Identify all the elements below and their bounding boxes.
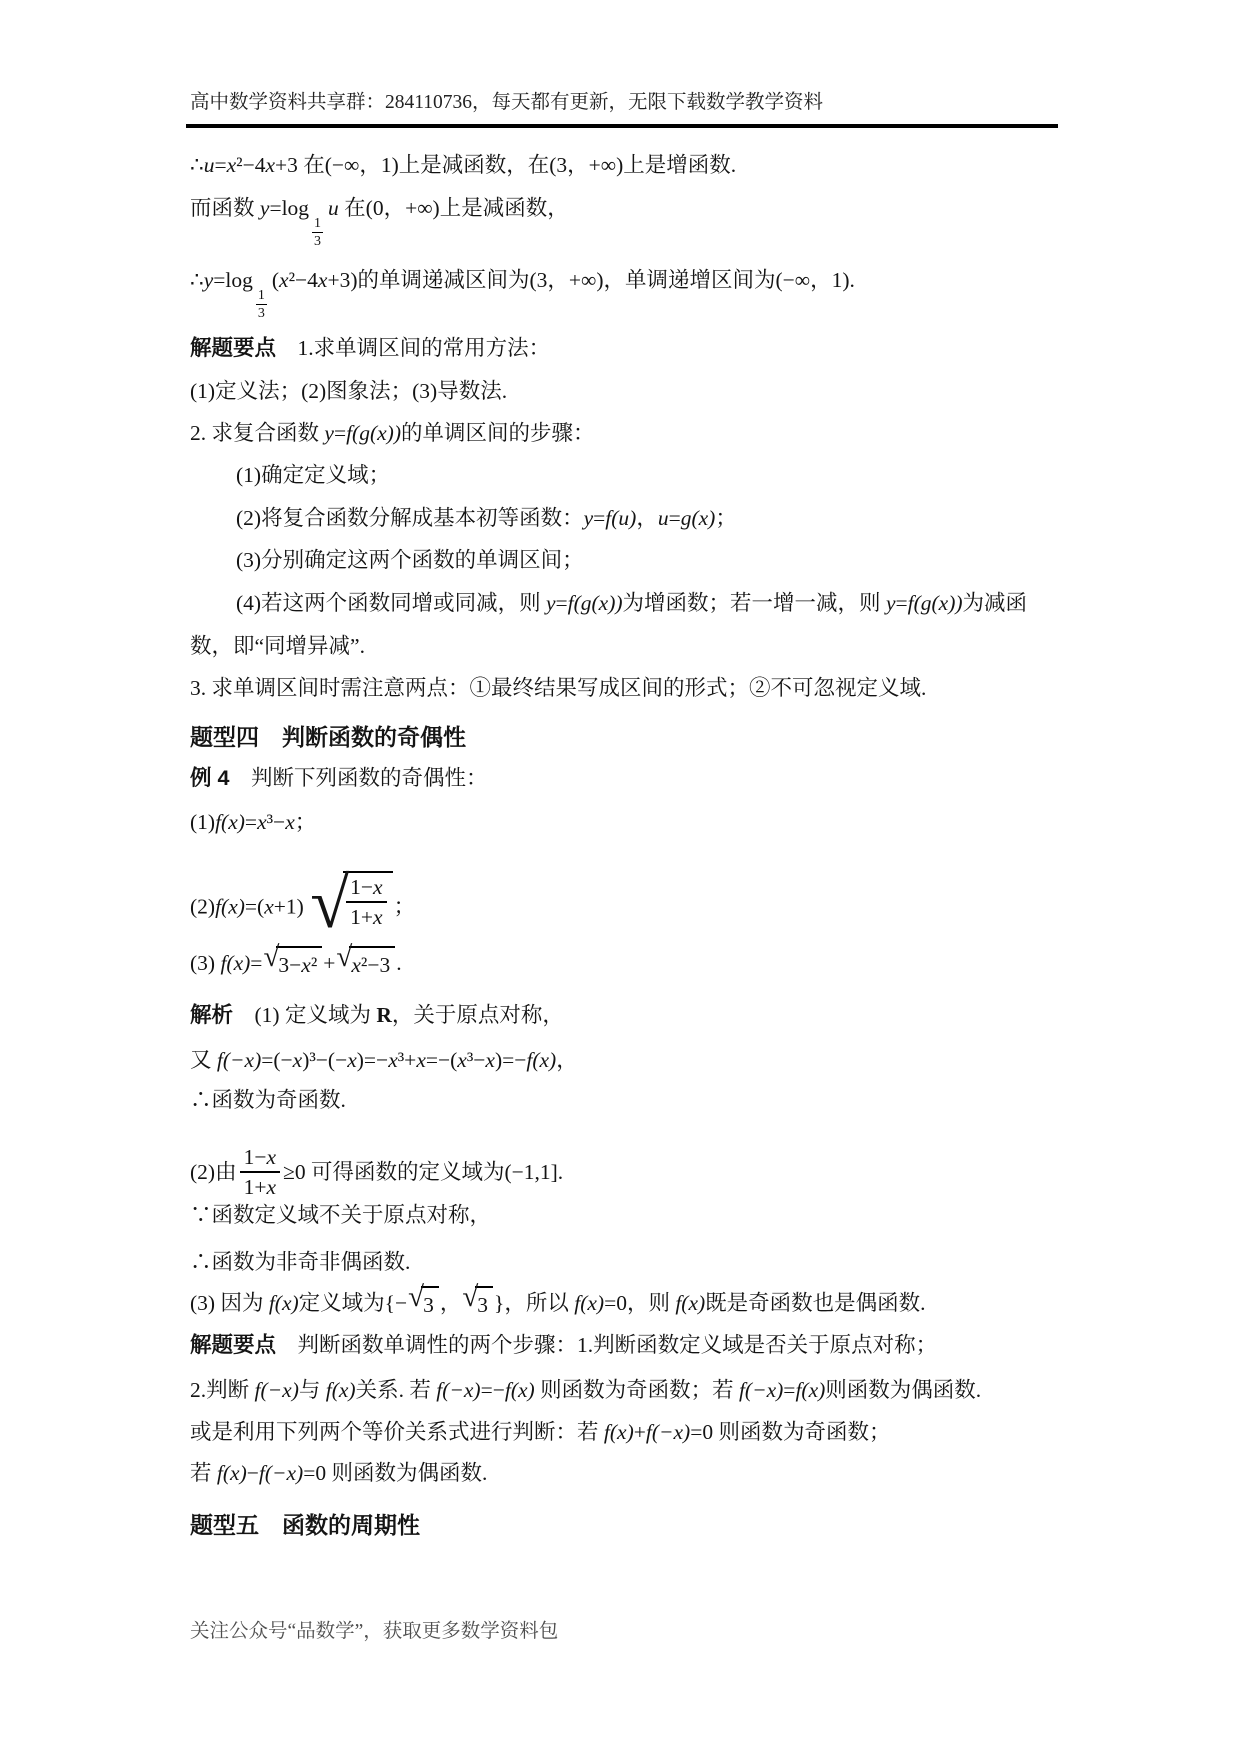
text-run: = (334, 421, 346, 445)
text-run: 3. 求单调区间时需注意两点：①最终结果写成区间的形式；②不可忽视定义域. (190, 676, 926, 700)
text-run: 数，即“同增异减”. (190, 634, 365, 658)
text-run: f(x) (795, 1378, 825, 1402)
text-run: f(x) (215, 810, 245, 834)
text-run: = (556, 591, 568, 615)
text-run: ， (556, 1048, 578, 1072)
text-run: =log (213, 268, 253, 292)
text-run: =(− (261, 1048, 292, 1072)
text-run: 2.判断 (190, 1378, 255, 1402)
note-two-points: 3. 求单调区间时需注意两点：①最终结果写成区间的形式；②不可忽视定义域. (190, 673, 926, 703)
text-run: f(−x) (259, 1461, 303, 1485)
analysis-neither-conclusion: ∴函数为非奇非偶函数. (190, 1247, 410, 1277)
text-run: 又 (190, 1048, 217, 1072)
text-run: R (376, 1003, 392, 1027)
text-run: =0 则函数为偶函数. (303, 1461, 487, 1485)
text-run: ≥0 可得函数的定义域为(−1,1]. (283, 1160, 563, 1184)
text-run: = (593, 506, 605, 530)
log-base-fraction: 13 (256, 288, 267, 322)
text-run: ( (272, 268, 279, 292)
text-run: x (373, 905, 383, 929)
text-run: = (895, 591, 907, 615)
text-run: +3)的单调递减区间为(3，+∞)，单调递增区间为(−∞，1). (327, 268, 854, 292)
text-run: u (328, 196, 339, 220)
substep-1: (1)确定定义域； (236, 460, 390, 490)
text-run: (1)定义法；(2)图象法；(3)导数法. (190, 379, 507, 403)
text-run: =log (269, 196, 309, 220)
text-run: = (245, 810, 257, 834)
text-run: x (318, 268, 328, 292)
text-run: ∴ (190, 268, 204, 292)
text-run: ²−4 (236, 153, 265, 177)
radical-sign: √ (310, 869, 349, 940)
text-run: 或是利用下列两个等价关系式进行判断：若 (190, 1420, 604, 1444)
text-run: 定义域为{− (299, 1291, 407, 1315)
text-run: f(g(x)) (568, 591, 623, 615)
text-run: )=− (495, 1048, 526, 1072)
text-run: = (669, 506, 681, 530)
text-run: 例 4 (190, 766, 229, 790)
text-run: ∵函数定义域不关于原点对称， (190, 1203, 491, 1227)
text-run: x (347, 1048, 357, 1072)
radical-sign: √ (263, 943, 279, 972)
text-run: 而函数 (190, 196, 260, 220)
substep-2: (2)将复合函数分解成基本初等函数：y=f(u)，u=g(x)； (236, 503, 737, 533)
radical: √3−x² (263, 946, 322, 980)
text-run: (3) 因为 (190, 1291, 269, 1315)
text-run: +3 在(−∞，1)上是减函数，在(3，+∞)上是增函数. (275, 153, 736, 177)
text-run: (1) (190, 810, 215, 834)
text-run: (4)若这两个函数同增或同减，则 (236, 591, 546, 615)
text-run: f(−x) (436, 1378, 480, 1402)
fraction-denominator: 1+x (240, 1173, 280, 1199)
text-run: 1− (350, 875, 373, 899)
text-run: 1+ (244, 1175, 267, 1199)
text-run: 3 (423, 1293, 434, 1317)
text-run: =−( (426, 1048, 457, 1072)
text-run: 1.求单调区间的常用方法： (276, 336, 550, 360)
text-run: ； (715, 506, 737, 530)
text-run: − (247, 1461, 259, 1485)
methods-line: (1)定义法；(2)图象法；(3)导数法. (190, 376, 507, 406)
text-run: 解析 (190, 1003, 233, 1027)
text-run: f(x) (526, 1048, 556, 1072)
section-heading-5: 题型五 函数的周期性 (190, 1509, 420, 1542)
text-run: =0 则函数为奇函数； (690, 1420, 890, 1444)
example-4-item-2: (2)f(x)=(x+1) √1−x1+x； (190, 873, 415, 944)
text-run: 在(0，+∞)上是减函数， (339, 196, 569, 220)
text-run: x (257, 810, 267, 834)
text-run: (3) (190, 951, 220, 975)
text-run: 判断下列函数的奇偶性： (229, 766, 487, 790)
fraction-denominator: 1+x (346, 903, 386, 929)
text-run: x (279, 268, 289, 292)
radicand: 3−x² (276, 946, 322, 980)
log-base-fraction: 13 (312, 216, 323, 250)
text-run: f(x) (217, 1461, 247, 1485)
text-run: (2) (190, 894, 215, 918)
text-run: 3 (477, 1293, 488, 1317)
substep-4-continuation: 数，即“同增异减”. (190, 631, 365, 661)
text-run: 题型五 函数的周期性 (190, 1512, 420, 1538)
text-run: ³− (267, 810, 286, 834)
text-run: ²−3 (361, 953, 390, 977)
text-run: x (264, 894, 274, 918)
text-run: f(−x) (255, 1378, 299, 1402)
analysis-part-2-domain: (2)由1−x1+x≥0 可得函数的定义域为(−1,1]. (190, 1147, 563, 1201)
text-run: x (227, 153, 237, 177)
analysis-odd-conclusion: ∴函数为奇函数. (190, 1085, 346, 1115)
text-run: f(x) (574, 1291, 604, 1315)
text-run: +1) (274, 894, 309, 918)
text-run: =− (481, 1378, 505, 1402)
text-run: x (301, 953, 311, 977)
fraction-numerator: 1 (312, 216, 323, 233)
fraction-denominator: 3 (312, 233, 323, 249)
text-run: . (396, 951, 401, 975)
text-run: ∴ (190, 153, 204, 177)
text-run: 既是奇函数也是偶函数. (705, 1291, 925, 1315)
text-run: x (266, 1175, 276, 1199)
text-run: }，所以 (494, 1291, 574, 1315)
text-run: f(x) (269, 1291, 299, 1315)
radical-sign: √ (336, 943, 352, 972)
text-run: = (250, 951, 262, 975)
document-page: 高中数学资料共享群：284110736，每天都有更新，无限下载数学教学资料 ∴u… (0, 0, 1241, 1754)
text-run: =( (245, 894, 264, 918)
text-run: 为增函数；若一增一减，则 (623, 591, 886, 615)
text-run: u (204, 153, 215, 177)
text-run: ， (636, 506, 658, 530)
text-run: = (783, 1378, 795, 1402)
text-run: (2)由 (190, 1160, 237, 1184)
text-run: =0，则 (604, 1291, 675, 1315)
text-run: ； (394, 894, 416, 918)
text-run: f(x) (215, 894, 245, 918)
text-run: 解题要点 (190, 336, 276, 360)
text-run: 1− (244, 1145, 267, 1169)
example-4-item-1: (1)f(x)=x³−x； (190, 807, 316, 837)
radical: √3 (462, 1286, 493, 1320)
text-run: f(−x) (646, 1420, 690, 1444)
text-run: 3− (278, 953, 301, 977)
text-run: 2. 求复合函数 (190, 421, 324, 445)
analysis-line-1: 解析 (1) 定义域为 R，关于原点对称， (190, 1000, 564, 1030)
example-4-item-3: (3) f(x)=√3−x²+√x²−3. (190, 948, 402, 982)
fraction-numerator: 1−x (346, 875, 386, 903)
monotonic-conclusion-line: ∴y=log13(x²−4x+3)的单调递减区间为(3，+∞)，单调递增区间为(… (190, 265, 855, 321)
text-run: 为减函 (963, 591, 1028, 615)
text-run: ， (440, 1291, 462, 1315)
radicand: 1−x1+x (343, 871, 392, 932)
text-run: ，关于原点对称， (392, 1003, 564, 1027)
analysis-part-3: (3) 因为 f(x)定义域为{−√3，√3}，所以 f(x)=0，则 f(x)… (190, 1288, 926, 1322)
text-run: g(x) (681, 506, 716, 530)
text-run: f(x) (326, 1378, 356, 1402)
text-run: x (285, 810, 295, 834)
text-run: x (388, 1048, 398, 1072)
text-run: 解题要点 (190, 1333, 276, 1357)
header-rule (186, 124, 1058, 128)
text-run: x (416, 1048, 426, 1072)
text-run: 若 (190, 1461, 217, 1485)
text-run: ³− (467, 1048, 486, 1072)
text-run: 题型四 判断函数的奇偶性 (190, 724, 466, 750)
text-run: f(x) (675, 1291, 705, 1315)
header-note: 高中数学资料共享群：284110736，每天都有更新，无限下载数学教学资料 (190, 86, 823, 114)
key-points-2-line-3: 或是利用下列两个等价关系式进行判断：若 f(x)+f(−x)=0 则函数为奇函数… (190, 1417, 890, 1447)
text-run: x (457, 1048, 467, 1072)
key-points-1: 解题要点 1.求单调区间的常用方法： (190, 333, 550, 363)
text-run: y (546, 591, 556, 615)
text-run: 判断函数单调性的两个步骤：1.判断函数定义域是否关于原点对称； (276, 1333, 937, 1357)
text-run: 与 (299, 1378, 326, 1402)
text-run: x (266, 1145, 276, 1169)
radical: √1−x1+x (310, 871, 392, 942)
analysis-not-symmetric: ∵函数定义域不关于原点对称， (190, 1200, 491, 1230)
text-run: 则函数为奇函数；若 (535, 1378, 739, 1402)
section-heading-4: 题型四 判断函数的奇偶性 (190, 721, 466, 754)
text-run: (1) 定义域为 (233, 1003, 376, 1027)
text-run: y (204, 268, 214, 292)
text-run: )³−(− (302, 1048, 347, 1072)
key-points-2: 解题要点 判断函数单调性的两个步骤：1.判断函数定义域是否关于原点对称； (190, 1330, 937, 1360)
deduction-u-line: ∴u=x²−4x+3 在(−∞，1)上是减函数，在(3，+∞)上是增函数. (190, 150, 736, 180)
text-run: y (260, 196, 270, 220)
radical-sign: √ (408, 1283, 424, 1312)
text-run: 关系. 若 (356, 1378, 437, 1402)
text-run: x (293, 1048, 303, 1072)
composite-steps-intro: 2. 求复合函数 y=f(g(x))的单调区间的步骤： (190, 418, 595, 448)
text-run: f(x) (604, 1420, 634, 1444)
text-run: f(x) (220, 951, 250, 975)
fraction-denominator: 3 (256, 305, 267, 321)
radical: √3 (408, 1286, 439, 1320)
text-run: f(x) (505, 1378, 535, 1402)
fraction: 1−x1+x (346, 875, 386, 929)
text-run: ∴函数为非奇非偶函数. (190, 1250, 410, 1274)
text-run: ³+ (398, 1048, 417, 1072)
text-run: u (658, 506, 669, 530)
text-run: ²−4 (289, 268, 318, 292)
text-run: )=− (357, 1048, 388, 1072)
text-run: (2)将复合函数分解成基本初等函数： (236, 506, 584, 530)
text-run: + (634, 1420, 646, 1444)
text-run: x (485, 1048, 495, 1072)
fraction: 1−x1+x (240, 1145, 280, 1199)
text-run: f(g(x)) (346, 421, 401, 445)
fraction-numerator: 1−x (240, 1145, 280, 1173)
text-run: + (323, 951, 335, 975)
text-run: x (373, 875, 383, 899)
log-function-line: 而函数 y=log13u 在(0，+∞)上是减函数， (190, 193, 569, 249)
text-run: x (265, 153, 275, 177)
text-run: 1+ (350, 905, 373, 929)
footer-note: 关注公众号“品数学”，获取更多数学资料包 (190, 1615, 558, 1643)
text-run: (3)分别确定这两个函数的单调区间； (236, 548, 584, 572)
substep-4: (4)若这两个函数同增或同减，则 y=f(g(x))为增函数；若一增一减，则 y… (236, 588, 1027, 618)
text-run: ； (295, 810, 317, 834)
text-run: (1)确定定义域； (236, 463, 390, 487)
text-run: y (324, 421, 334, 445)
key-points-2-line-4: 若 f(x)−f(−x)=0 则函数为偶函数. (190, 1458, 487, 1488)
text-run: y (584, 506, 594, 530)
text-run: 的单调区间的步骤： (401, 421, 595, 445)
text-run: = (214, 153, 226, 177)
text-run: 则函数为偶函数. (825, 1378, 981, 1402)
radical-sign: √ (462, 1283, 478, 1312)
text-run: f(g(x)) (908, 591, 963, 615)
text-run: ² (311, 953, 317, 977)
substep-3: (3)分别确定这两个函数的单调区间； (236, 545, 584, 575)
fraction-numerator: 1 (256, 288, 267, 305)
text-run: f(−x) (217, 1048, 261, 1072)
analysis-line-2: 又 f(−x)=(−x)³−(−x)=−x³+x=−(x³−x)=−f(x)， (190, 1045, 578, 1075)
example-4-intro: 例 4 判断下列函数的奇偶性： (190, 763, 487, 793)
text-run: ∴函数为奇函数. (190, 1088, 346, 1112)
text-run: f(u) (605, 506, 636, 530)
radical: √x²−3 (336, 946, 395, 980)
radicand: x²−3 (349, 946, 395, 980)
text-run: f(−x) (739, 1378, 783, 1402)
key-points-2-line-2: 2.判断 f(−x)与 f(x)关系. 若 f(−x)=−f(x) 则函数为奇函… (190, 1375, 981, 1405)
